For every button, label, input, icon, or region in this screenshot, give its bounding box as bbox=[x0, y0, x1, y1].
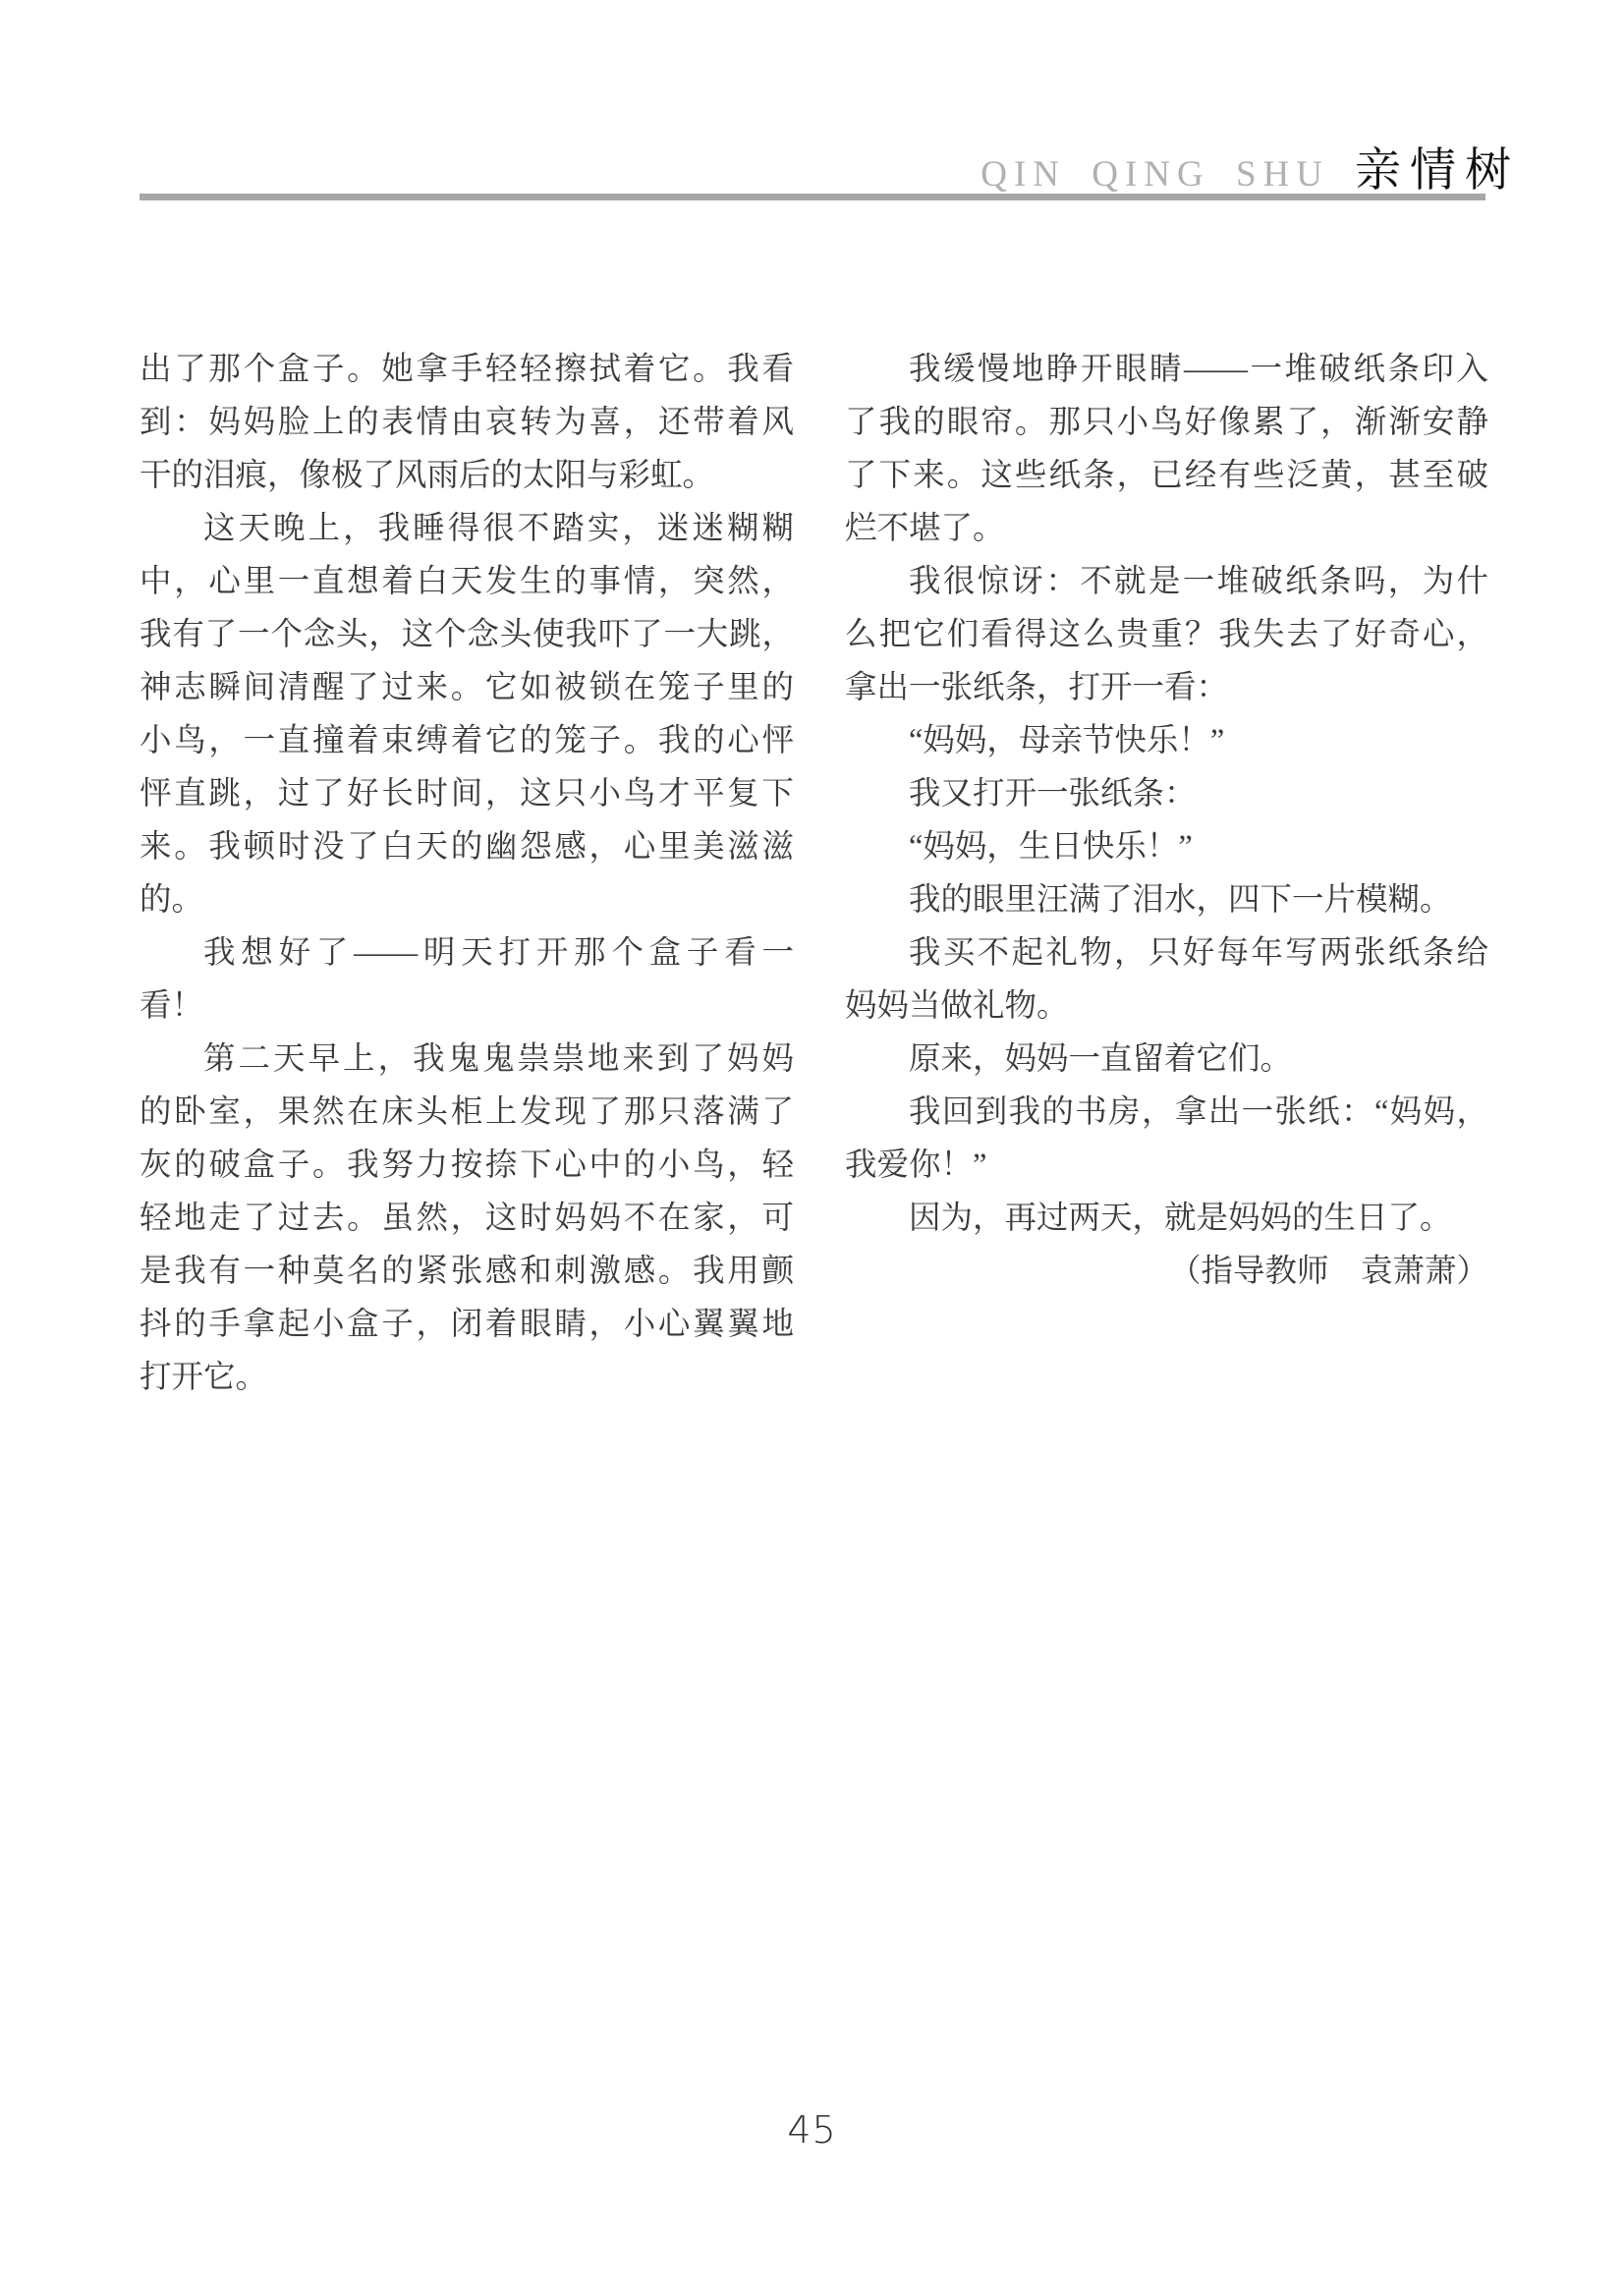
text-line: 我回到我的书房，拿出一张纸：“妈妈， bbox=[845, 1086, 1488, 1139]
page-header: QIN QING SHU 亲情树 bbox=[980, 134, 1520, 199]
text-line: “妈妈，生日快乐！” bbox=[845, 820, 1488, 873]
text-line: 妈妈当做礼物。 bbox=[845, 980, 1488, 1033]
text-line: 拿出一张纸条，打开一看： bbox=[845, 661, 1488, 714]
paragraph: 我买不起礼物，只好每年写两张纸条给妈妈当做礼物。 bbox=[845, 926, 1488, 1033]
text-line: 中，心里一直想着白天发生的事情，突然， bbox=[140, 555, 794, 608]
paragraph: 这天晚上，我睡得很不踏实，迷迷糊糊中，心里一直想着白天发生的事情，突然，我有了一… bbox=[140, 502, 794, 926]
text-line: 的。 bbox=[140, 873, 794, 926]
paragraph: （指导教师 袁萧萧） bbox=[845, 1245, 1488, 1298]
text-line: 我很惊讶：不就是一堆破纸条吗，为什 bbox=[845, 555, 1488, 608]
text-line: 原来，妈妈一直留着它们。 bbox=[845, 1033, 1488, 1086]
paragraph: 出了那个盒子。她拿手轻轻擦拭着它。我看到：妈妈脸上的表情由哀转为喜，还带着风干的… bbox=[140, 343, 794, 502]
text-line: 打开它。 bbox=[140, 1351, 794, 1404]
text-line: 我的眼里汪满了泪水，四下一片模糊。 bbox=[845, 873, 1488, 926]
paragraph: 我想好了——明天打开那个盒子看一看！ bbox=[140, 926, 794, 1033]
paragraph: 我的眼里汪满了泪水，四下一片模糊。 bbox=[845, 873, 1488, 926]
paragraph: 我很惊讶：不就是一堆破纸条吗，为什么把它们看得这么贵重？我失去了好奇心，拿出一张… bbox=[845, 555, 1488, 714]
paragraph: “妈妈，母亲节快乐！” bbox=[845, 714, 1488, 767]
text-line: 神志瞬间清醒了过来。它如被锁在笼子里的 bbox=[140, 661, 794, 714]
text-line: 干的泪痕，像极了风雨后的太阳与彩虹。 bbox=[140, 449, 794, 502]
page-number: 45 bbox=[787, 2108, 836, 2152]
paragraph: 我回到我的书房，拿出一张纸：“妈妈，我爱你！” bbox=[845, 1086, 1488, 1192]
text-line: 我爱你！” bbox=[845, 1139, 1488, 1192]
paragraph: 我又打开一张纸条： bbox=[845, 767, 1488, 820]
paragraph: 第二天早上，我鬼鬼祟祟地来到了妈妈的卧室，果然在床头柜上发现了那只落满了灰的破盒… bbox=[140, 1033, 794, 1404]
text-line: 是我有一种莫名的紧张感和刺激感。我用颤 bbox=[140, 1245, 794, 1298]
text-line: 来。我顿时没了白天的幽怨感，心里美滋滋 bbox=[140, 820, 794, 873]
text-line: 出了那个盒子。她拿手轻轻擦拭着它。我看 bbox=[140, 343, 794, 396]
section-title-cjk: 亲情树 bbox=[1355, 134, 1520, 199]
section-title-latin: QIN QING SHU bbox=[980, 153, 1329, 196]
header-rule bbox=[140, 194, 1485, 200]
text-column-right: 我缓慢地睁开眼睛——一堆破纸条印入了我的眼帘。那只小鸟好像累了，渐渐安静了下来。… bbox=[845, 343, 1488, 1298]
text-line: 我缓慢地睁开眼睛——一堆破纸条印入 bbox=[845, 343, 1488, 396]
text-line: 这天晚上，我睡得很不踏实，迷迷糊糊 bbox=[140, 502, 794, 555]
text-line: 第二天早上，我鬼鬼祟祟地来到了妈妈 bbox=[140, 1033, 794, 1086]
text-line: 我想好了——明天打开那个盒子看一 bbox=[140, 926, 794, 980]
paragraph: “妈妈，生日快乐！” bbox=[845, 820, 1488, 873]
text-line: 我买不起礼物，只好每年写两张纸条给 bbox=[845, 926, 1488, 980]
paragraph: 因为，再过两天，就是妈妈的生日了。 bbox=[845, 1192, 1488, 1245]
text-line: 烂不堪了。 bbox=[845, 502, 1488, 555]
page-footer: 45 bbox=[0, 2108, 1624, 2152]
text-line: 因为，再过两天，就是妈妈的生日了。 bbox=[845, 1192, 1488, 1245]
magazine-page: QIN QING SHU 亲情树 出了那个盒子。她拿手轻轻擦拭着它。我看到：妈妈… bbox=[0, 0, 1624, 2296]
paragraph: 我缓慢地睁开眼睛——一堆破纸条印入了我的眼帘。那只小鸟好像累了，渐渐安静了下来。… bbox=[845, 343, 1488, 555]
text-line: 到：妈妈脸上的表情由哀转为喜，还带着风 bbox=[140, 396, 794, 449]
text-line: 轻地走了过去。虽然，这时妈妈不在家，可 bbox=[140, 1192, 794, 1245]
text-line: 怦直跳，过了好长时间，这只小鸟才平复下 bbox=[140, 767, 794, 820]
text-line: 抖的手拿起小盒子，闭着眼睛，小心翼翼地 bbox=[140, 1298, 794, 1351]
paragraph: 原来，妈妈一直留着它们。 bbox=[845, 1033, 1488, 1086]
text-line: 小鸟，一直撞着束缚着它的笼子。我的心怦 bbox=[140, 714, 794, 767]
attribution-line: （指导教师 袁萧萧） bbox=[845, 1245, 1488, 1298]
text-line: 的卧室，果然在床头柜上发现了那只落满了 bbox=[140, 1086, 794, 1139]
text-line: “妈妈，母亲节快乐！” bbox=[845, 714, 1488, 767]
text-line: 了下来。这些纸条，已经有些泛黄，甚至破 bbox=[845, 449, 1488, 502]
text-line: 灰的破盒子。我努力按捺下心中的小鸟，轻 bbox=[140, 1139, 794, 1192]
text-line: 我又打开一张纸条： bbox=[845, 767, 1488, 820]
text-line: 么把它们看得这么贵重？我失去了好奇心， bbox=[845, 608, 1488, 661]
text-column-left: 出了那个盒子。她拿手轻轻擦拭着它。我看到：妈妈脸上的表情由哀转为喜，还带着风干的… bbox=[140, 343, 794, 1404]
text-line: 了我的眼帘。那只小鸟好像累了，渐渐安静 bbox=[845, 396, 1488, 449]
text-line: 看！ bbox=[140, 980, 794, 1033]
text-line: 我有了一个念头，这个念头使我吓了一大跳， bbox=[140, 608, 794, 661]
